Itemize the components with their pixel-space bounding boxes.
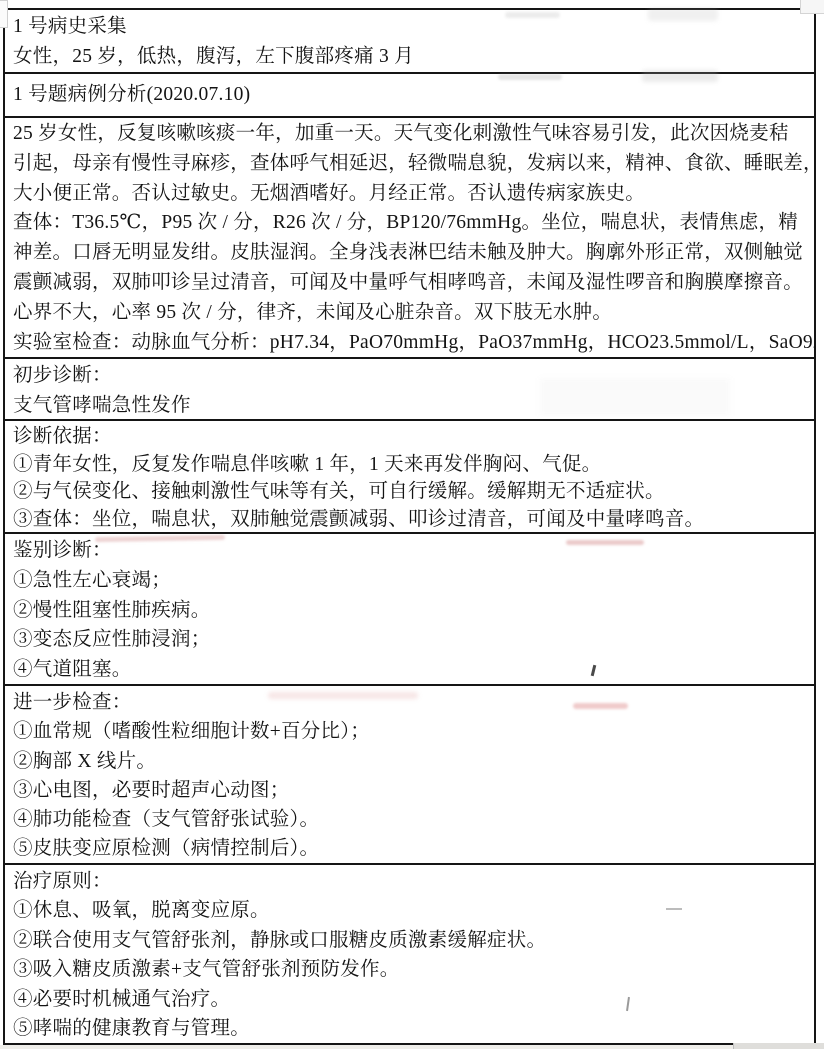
section-preliminary-diagnosis: 初步诊断： 支气管哮喘急性发作 bbox=[5, 357, 814, 419]
diagnosis-basis-label: 诊断依据： bbox=[13, 423, 808, 451]
section-treatment-principles: 治疗原则： ①休息、吸氧，脱离变应原。 ②联合使用支气管舒张剂，静脉或口服糖皮质… bbox=[5, 863, 814, 1043]
patient-summary: 女性，25 岁，低热，腹泻，左下腹部疼痛 3 月 bbox=[13, 42, 808, 72]
further-examination-item: ⑤皮肤变应原检测（病情控制后）。 bbox=[13, 834, 808, 863]
physical-exam-line: 查体：T36.5℃，P95 次 / 分，R26 次 / 分，BP120/76mm… bbox=[13, 208, 808, 238]
case-description-line: 25 岁女性，反复咳嗽咳痰一年，加重一天。天气变化刺激性气味容易引发，此次因烧麦… bbox=[13, 119, 808, 149]
treatment-principles-item: ③吸入糖皮质激素+支气管舒张剂预防发作。 bbox=[13, 955, 808, 984]
case-analysis-title: 1 号题病例分析(2020.07.10) bbox=[13, 80, 808, 110]
case-analysis-table: 1 号病史采集 女性，25 岁，低热，腹泻，左下腹部疼痛 3 月 1 号题病例分… bbox=[3, 8, 816, 1045]
further-examination-label: 进一步检查： bbox=[13, 688, 808, 717]
section-case-analysis-title: 1 号题病例分析(2020.07.10) bbox=[5, 72, 814, 116]
differential-diagnosis-item: ②慢性阻塞性肺疾病。 bbox=[13, 596, 808, 626]
treatment-principles-item: ④必要时机械通气治疗。 bbox=[13, 985, 808, 1014]
treatment-principles-item: ①休息、吸氧，脱离变应原。 bbox=[13, 896, 808, 925]
scanned-document-page: 1 号病史采集 女性，25 岁，低热，腹泻，左下腹部疼痛 3 月 1 号题病例分… bbox=[0, 0, 824, 1049]
section-further-examination: 进一步检查： ①血常规（嗜酸性粒细胞计数+百分比）； ②胸部 X 线片。 ③心电… bbox=[5, 684, 814, 863]
physical-exam-line: 震颤减弱，双肺叩诊呈过清音，可闻及中量呼气相哮鸣音，未闻及湿性啰音和胸膜摩擦音。 bbox=[13, 268, 808, 298]
preliminary-diagnosis-value: 支气管哮喘急性发作 bbox=[13, 391, 808, 419]
further-examination-item: ②胸部 X 线片。 bbox=[13, 747, 808, 776]
differential-diagnosis-label: 鉴别诊断： bbox=[13, 536, 808, 566]
diagnosis-basis-item: ②与气侯变化、接触刺激性气味等有关，可自行缓解。缓解期无不适症状。 bbox=[13, 478, 808, 506]
history-collection-title: 1 号病史采集 bbox=[13, 12, 808, 42]
diagnosis-basis-item: ③查体：坐位，喘息状，双肺触觉震颤减弱、叩诊过清音，可闻及中量哮鸣音。 bbox=[13, 506, 808, 532]
preliminary-diagnosis-label: 初步诊断： bbox=[13, 361, 808, 391]
lab-results-line: 实验室检查：动脉血气分析：pH7.34，PaO70mmHg，PaO37mmHg，… bbox=[13, 328, 808, 357]
scan-footer-strip bbox=[0, 1045, 824, 1049]
differential-diagnosis-item: ①急性左心衰竭； bbox=[13, 566, 808, 596]
further-examination-item: ④肺功能检查（支气管舒张试验）。 bbox=[13, 805, 808, 834]
physical-exam-line: 心界不大，心率 95 次 / 分，律齐，未闻及心脏杂音。双下肢无水肿。 bbox=[13, 298, 808, 328]
diagnosis-basis-item: ①青年女性，反复发作喘息伴咳嗽 1 年，1 天来再发伴胸闷、气促。 bbox=[13, 451, 808, 479]
section-case-description: 25 岁女性，反复咳嗽咳痰一年，加重一天。天气变化刺激性气味容易引发，此次因烧麦… bbox=[5, 116, 814, 357]
further-examination-item: ①血常规（嗜酸性粒细胞计数+百分比）； bbox=[13, 717, 808, 746]
case-description-line: 引起，母亲有慢性寻麻疹，查体呼气相延迟，轻微喘息貌，发病以来，精神、食欲、睡眠差… bbox=[13, 149, 808, 179]
treatment-principles-item: ⑤哮喘的健康教育与管理。 bbox=[13, 1014, 808, 1043]
further-examination-item: ③心电图，必要时超声心动图； bbox=[13, 776, 808, 805]
section-history-collection: 1 号病史采集 女性，25 岁，低热，腹泻，左下腹部疼痛 3 月 bbox=[5, 10, 814, 72]
case-description-line: 大小便正常。否认过敏史。无烟酒嗜好。月经正常。否认遗传病家族史。 bbox=[13, 179, 808, 209]
differential-diagnosis-item: ④气道阻塞。 bbox=[13, 655, 808, 684]
physical-exam-line: 神差。口唇无明显发绀。皮肤湿润。全身浅表淋巴结未触及肿大。胸廓外形正常，双侧触觉 bbox=[13, 238, 808, 268]
treatment-principles-item: ②联合使用支气管舒张剂，静脉或口服糖皮质激素缓解症状。 bbox=[13, 926, 808, 955]
section-differential-diagnosis: 鉴别诊断： ①急性左心衰竭； ②慢性阻塞性肺疾病。 ③变态反应性肺浸润； ④气道… bbox=[5, 532, 814, 684]
differential-diagnosis-item: ③变态反应性肺浸润； bbox=[13, 625, 808, 655]
treatment-principles-label: 治疗原则： bbox=[13, 867, 808, 896]
section-diagnosis-basis: 诊断依据： ①青年女性，反复发作喘息伴咳嗽 1 年，1 天来再发伴胸闷、气促。 … bbox=[5, 419, 814, 532]
